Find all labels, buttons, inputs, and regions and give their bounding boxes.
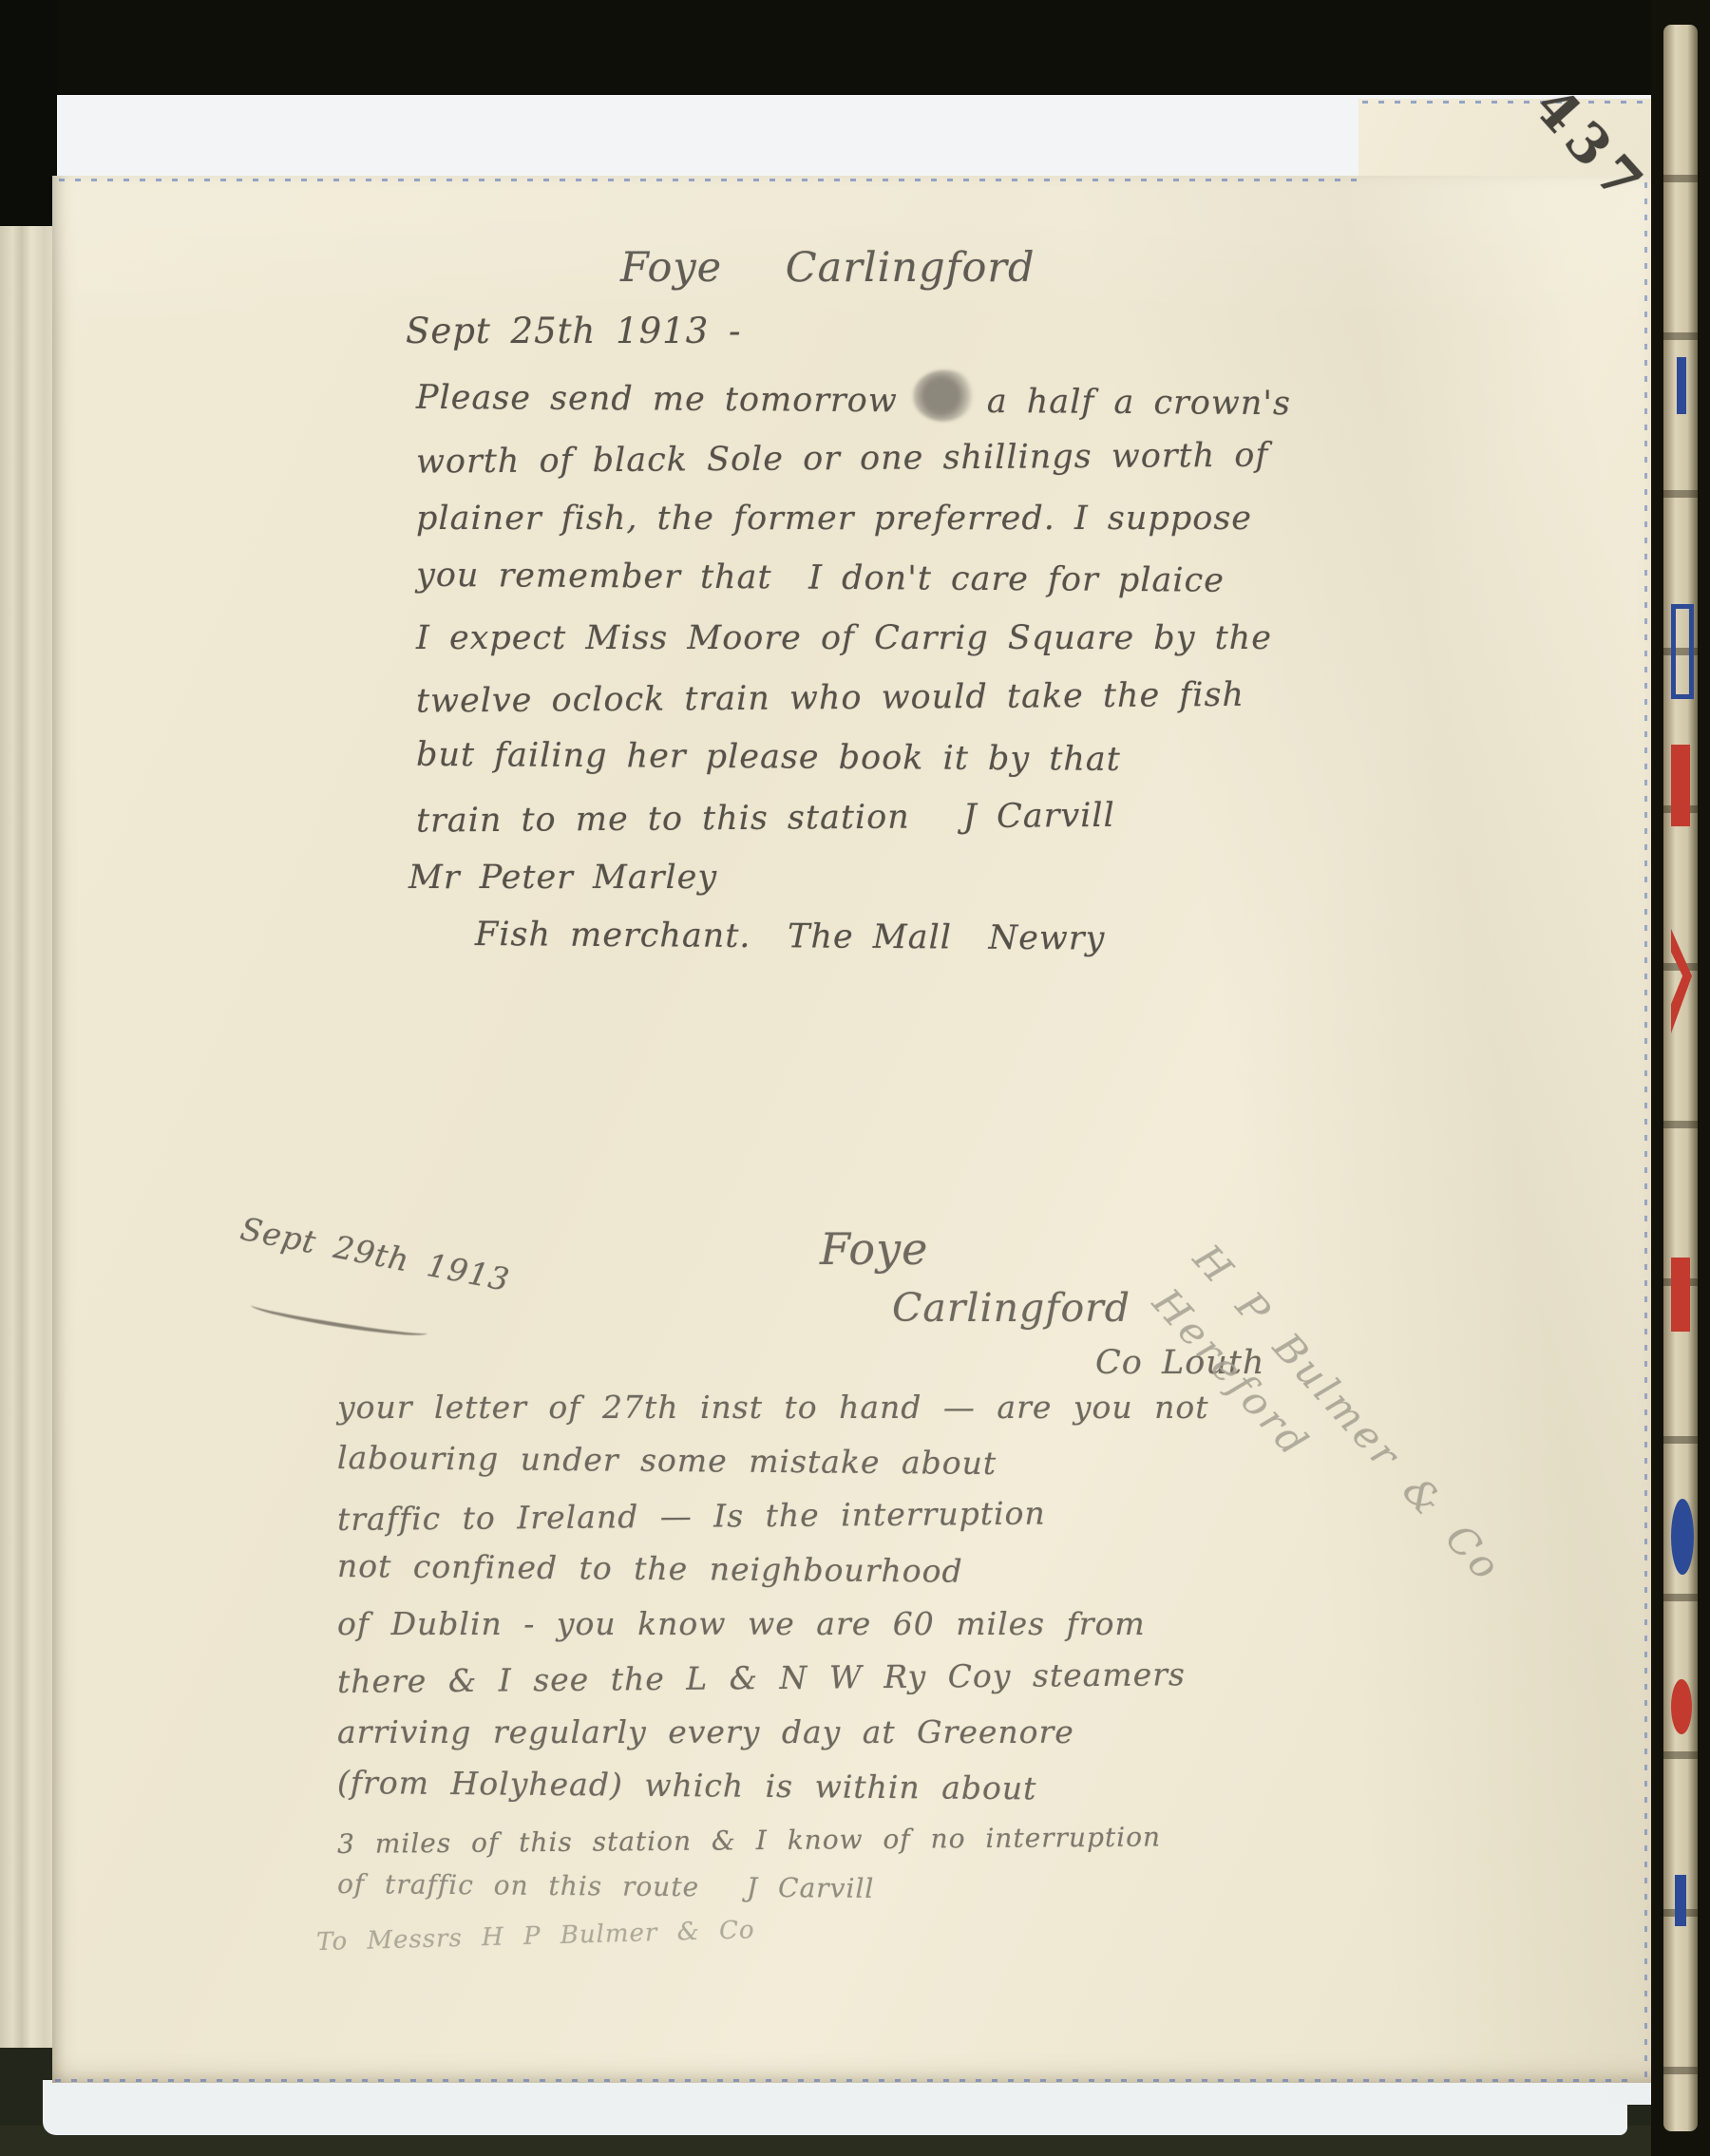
letter2-place-carlingford: Carlingford	[892, 1285, 1130, 1331]
letter1-line-5: I expect Miss Moore of Carrig Square by …	[416, 609, 1291, 669]
letter2-line-5: of Dublin - you know we are 60 miles fro…	[337, 1597, 1209, 1651]
letter2-line-8: (from Holyhead) which is within about	[337, 1755, 1209, 1817]
letter2-date: Sept 29th 1913	[237, 1210, 513, 1298]
rolled-page-edge	[1663, 25, 1698, 2131]
letter1-heading: Foye Carlingford	[620, 244, 1035, 292]
letter2-place-foye: Foye	[820, 1223, 928, 1275]
letter2-body: your letter of 27th inst to hand — are y…	[337, 1380, 1209, 1951]
letter2-line-3: traffic to Ireland — Is the interruption	[337, 1485, 1209, 1546]
letter1-date: Sept 25th 1913 -	[406, 311, 742, 351]
letter1-line-1: Please send me tomorrowa half a crown's	[416, 367, 1291, 432]
letter1-line-8-signature: train to me to this station J Carvill	[416, 785, 1291, 851]
letter1-line-2: worth of black Sole or one shillings wor…	[416, 426, 1291, 492]
manuscript-page: Foye Carlingford Sept 25th 1913 - Please…	[52, 176, 1651, 2083]
letter1-addressee: Mr Peter Marley	[408, 848, 1291, 908]
edge-letter-fragment	[1671, 745, 1690, 826]
edge-letter-fragment	[1671, 929, 1692, 1033]
book-fore-edge	[1651, 0, 1710, 2156]
edge-letter-fragment	[1671, 1679, 1692, 1734]
letter1-line-7: but failing her please book it by that	[416, 726, 1291, 791]
letter1-addressee-address: Fish merchant. The Mall Newry	[475, 905, 1291, 971]
under-page-edge-bottom	[43, 2080, 1627, 2135]
edge-letter-fragment	[1677, 357, 1686, 414]
letter2-line-6: there & I see the L & N W Ry Coy steamer…	[337, 1647, 1209, 1709]
letter2-line-7: arriving regularly every day at Greenore	[337, 1705, 1209, 1759]
letter1-line-4: you remember that I don't care for plaic…	[416, 546, 1291, 612]
letter1-body: Please send me tomorrowa half a crown's …	[416, 369, 1291, 968]
letter2-line-4: not confined to the neighbourhood	[337, 1539, 1209, 1600]
date-underline-flourish	[250, 1297, 428, 1340]
edge-letter-fragment	[1675, 1875, 1686, 1926]
edge-letter-fragment	[1671, 1499, 1694, 1575]
edge-letter-fragment	[1671, 1258, 1690, 1332]
edge-letter-fragment	[1671, 604, 1694, 699]
ink-blot	[913, 369, 976, 421]
letter1-line-6: twelve oclock train who would take the f…	[416, 665, 1291, 731]
letter2-line-9: 3 miles of this station & I know of no i…	[337, 1809, 1209, 1871]
background-top	[0, 0, 1710, 103]
left-page-stack	[0, 141, 57, 2048]
letter2-line-2: labouring under some mistake about	[337, 1430, 1209, 1492]
ledger-book-scan: Foye Carlingford Sept 25th 1913 - Please…	[0, 0, 1710, 2156]
background-top-left	[0, 0, 57, 226]
letter1-line-3: plainer fish, the former preferred. I su…	[416, 489, 1291, 549]
letter2-line-1: your letter of 27th inst to hand — are y…	[337, 1380, 1209, 1434]
